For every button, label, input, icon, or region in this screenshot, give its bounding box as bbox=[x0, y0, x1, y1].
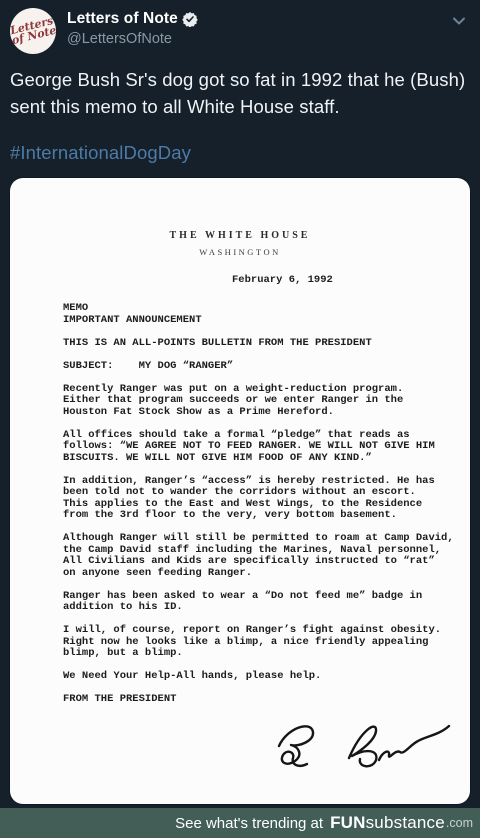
memo-paragraph: MEMO IMPORTANT ANNOUNCEMENT bbox=[63, 303, 470, 326]
memo-image[interactable]: THE WHITE HOUSE WASHINGTON February 6, 1… bbox=[10, 178, 470, 804]
display-name[interactable]: Letters of Note bbox=[67, 10, 178, 28]
footer-brand-tld: .com bbox=[446, 816, 473, 830]
hashtag-link[interactable]: #InternationalDogDay bbox=[10, 139, 466, 166]
memo-paragraph: SUBJECT: MY DOG “RANGER” bbox=[63, 361, 470, 373]
chevron-down-icon[interactable] bbox=[448, 8, 470, 39]
tweet-text-body: George Bush Sr's dog got so fat in 1992 … bbox=[10, 69, 465, 117]
memo-paragraph: Recently Ranger was put on a weight-redu… bbox=[63, 384, 470, 419]
letterhead-title: THE WHITE HOUSE bbox=[10, 230, 470, 241]
memo-paragraph: Ranger has been asked to wear a “Do not … bbox=[63, 591, 470, 614]
avatar-script-text: Letters of Note bbox=[10, 16, 56, 47]
memo-body: MEMO IMPORTANT ANNOUNCEMENT THIS IS AN A… bbox=[63, 303, 470, 706]
memo-paragraph: Although Ranger will still be permitted … bbox=[63, 533, 470, 579]
memo-letterhead: THE WHITE HOUSE WASHINGTON bbox=[10, 178, 470, 257]
tweet-header: Letters of Note Letters of Note @Letters… bbox=[0, 0, 480, 54]
letterhead-city: WASHINGTON bbox=[10, 247, 470, 257]
memo-paragraph: We Need Your Help-All hands, please help… bbox=[63, 671, 470, 683]
memo-paragraph: FROM THE PRESIDENT bbox=[63, 694, 470, 706]
memo-paragraph: THIS IS AN ALL-POINTS BULLETIN FROM THE … bbox=[63, 338, 470, 350]
tweet-text: George Bush Sr's dog got so fat in 1992 … bbox=[0, 54, 480, 166]
signature-icon bbox=[265, 718, 460, 791]
footer-brand-substance: substance bbox=[366, 813, 445, 833]
footer-tagline: See what's trending at bbox=[175, 815, 323, 832]
footer-promo-bar[interactable]: See what's trending at FUN substance .co… bbox=[0, 808, 480, 838]
avatar[interactable]: Letters of Note bbox=[10, 8, 56, 54]
memo-paragraph: In addition, Ranger’s “access” is hereby… bbox=[63, 476, 470, 522]
handle[interactable]: @LettersOfNote bbox=[67, 31, 198, 47]
memo-paragraph: All offices should take a formal “pledge… bbox=[63, 430, 470, 465]
memo-date: February 6, 1992 bbox=[232, 274, 470, 286]
tweet-card: Letters of Note Letters of Note @Letters… bbox=[0, 0, 480, 166]
memo-paragraph: I will, of course, report on Ranger’s fi… bbox=[63, 625, 470, 660]
author-names: Letters of Note @LettersOfNote bbox=[67, 8, 198, 47]
verified-badge-icon bbox=[182, 11, 198, 27]
footer-brand-fun: FUN bbox=[330, 813, 366, 833]
